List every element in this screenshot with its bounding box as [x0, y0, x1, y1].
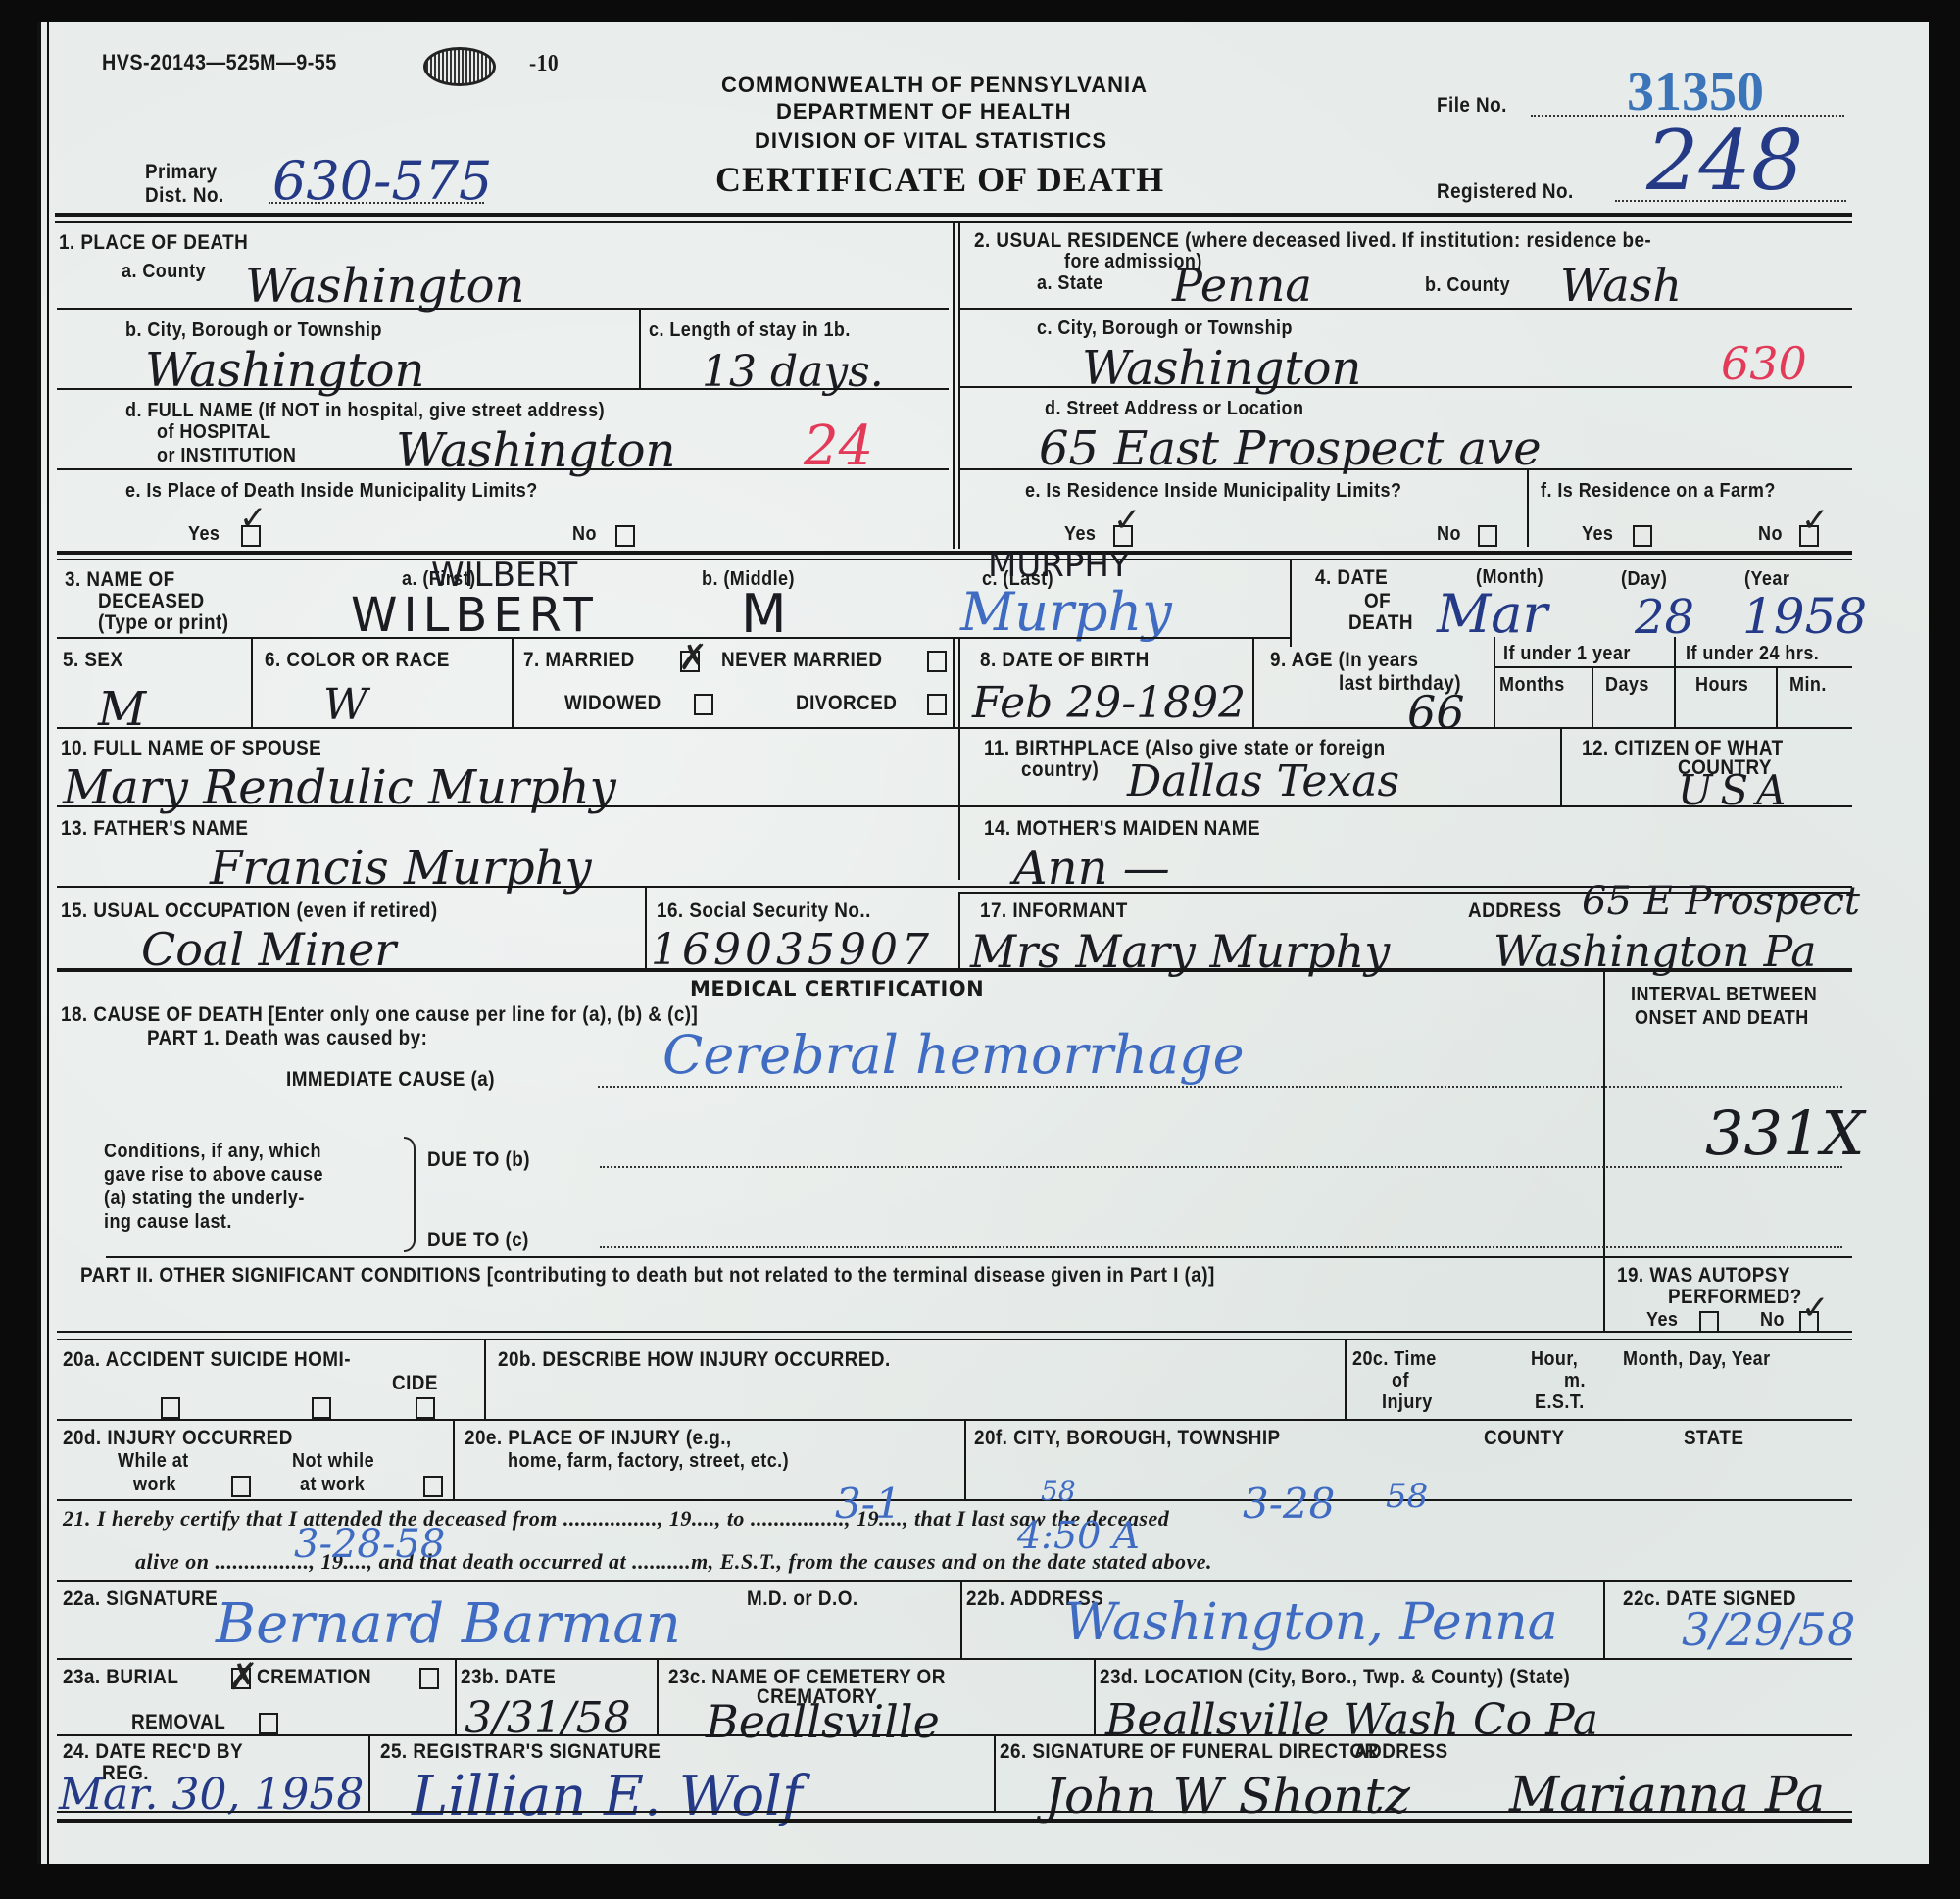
- month-day-year-label: Month, Day, Year: [1623, 1348, 1771, 1370]
- dots: ..........: [626, 1549, 691, 1574]
- funeral-director-label: 26. SIGNATURE OF FUNERAL DIRECTOR: [1000, 1740, 1379, 1763]
- length-of-stay-label: c. Length of stay in 1b.: [649, 319, 851, 341]
- funeral-director-signature: John W Shontz: [1045, 1772, 1410, 1821]
- md-do-label: M.D. or D.O.: [747, 1587, 858, 1610]
- under-1-year-label: If under 1 year: [1503, 643, 1631, 664]
- while-at-work-label: While at: [118, 1450, 189, 1472]
- union-label-seal-icon: [423, 47, 496, 86]
- residence-city-code: 630: [1721, 341, 1807, 386]
- name-of-deceased-label-3: (Type or print): [98, 611, 228, 634]
- first-name-overwrite: WILBERT: [431, 559, 577, 592]
- hours-label: Hours: [1695, 674, 1748, 696]
- certify-line-1: 21. I hereby certify that I attended the…: [63, 1507, 1169, 1531]
- residence-city-value: Washington: [1082, 345, 1361, 392]
- divider: [1494, 637, 1495, 727]
- divider: [57, 1580, 1852, 1582]
- primary-dist-label-2: Dist. No.: [145, 184, 224, 207]
- x-mark-icon: ✗: [678, 641, 708, 676]
- attended-to-value: 3-28: [1243, 1484, 1335, 1525]
- registrar-signature-label: 25. REGISTRAR'S SIGNATURE: [380, 1740, 661, 1763]
- certify-text-f: alive on: [135, 1549, 210, 1574]
- divider: [1252, 637, 1254, 727]
- spouse-label: 10. FULL NAME OF SPOUSE: [61, 737, 321, 759]
- medical-certification-heading: MEDICAL CERTIFICATION: [690, 978, 984, 1000]
- divider: [368, 1734, 370, 1813]
- divider: [960, 468, 1852, 470]
- divider: [953, 223, 955, 549]
- occupation-label: 15. USUAL OCCUPATION (even if retired): [61, 900, 438, 922]
- middle-name-value: M: [741, 588, 787, 641]
- dots: ....: [692, 1506, 715, 1531]
- divider: [657, 1658, 659, 1734]
- due-to-c-line: [600, 1246, 1842, 1248]
- part-1-label: PART 1. Death was caused by:: [147, 1027, 427, 1049]
- divider: [512, 637, 514, 727]
- describe-injury-label: 20b. DESCRIBE HOW INJURY OCCURRED.: [498, 1348, 891, 1371]
- primary-dist-value: 630-575: [272, 155, 492, 208]
- place-of-injury-label-2: home, farm, factory, street, etc.): [508, 1450, 789, 1472]
- divider: [1094, 1658, 1096, 1734]
- divider: [57, 388, 949, 390]
- injury-county-label: COUNTY: [1484, 1427, 1565, 1449]
- divider: [958, 892, 960, 968]
- divider: [57, 805, 1852, 807]
- injury-type-label: 20a. ACCIDENT SUICIDE HOMI-: [63, 1348, 351, 1371]
- homicide-checkbox[interactable]: [416, 1397, 435, 1419]
- divider: [55, 213, 1852, 217]
- divider: [958, 637, 960, 880]
- interval-label: INTERVAL BETWEEN: [1631, 984, 1817, 1005]
- informant-address-label: ADDRESS: [1468, 900, 1562, 922]
- hospital-label: d. FULL NAME (If NOT in hospital, give s…: [125, 400, 605, 421]
- injury-state-label: STATE: [1684, 1427, 1743, 1449]
- x-mark-icon: ✗: [227, 1658, 259, 1695]
- sex-label: 5. SEX: [63, 649, 123, 671]
- immediate-cause-label: IMMEDIATE CAUSE (a): [286, 1068, 495, 1091]
- divider: [57, 968, 1852, 972]
- divorced-checkbox[interactable]: [927, 694, 947, 715]
- primary-dist-label: Primary: [145, 161, 218, 183]
- street-address-label: d. Street Address or Location: [1045, 398, 1303, 419]
- conditions-text-4: ing cause last.: [104, 1211, 232, 1233]
- signature-label: 22a. SIGNATURE: [63, 1587, 218, 1610]
- inside-limits-no-label: No: [572, 523, 597, 545]
- brace-icon: [404, 1137, 416, 1252]
- while-at-work-label-2: work: [133, 1474, 176, 1495]
- divider: [960, 1580, 962, 1658]
- hospital-label-2: of HOSPITAL: [157, 421, 271, 443]
- ssn-label: 16. Social Security No..: [657, 900, 871, 922]
- burial-date-label: 23b. DATE: [461, 1666, 556, 1688]
- mother-maiden-name-label: 14. MOTHER'S MAIDEN NAME: [984, 817, 1260, 840]
- divider: [1494, 666, 1852, 668]
- farm-yes-checkbox[interactable]: [1633, 525, 1652, 547]
- removal-checkbox[interactable]: [259, 1713, 278, 1734]
- race-label: 6. COLOR OR RACE: [265, 649, 450, 671]
- conditions-text-3: (a) stating the underly-: [104, 1188, 305, 1209]
- year-label: (Year: [1744, 568, 1789, 590]
- divider: [251, 637, 253, 727]
- divider: [57, 1331, 1852, 1333]
- hour-label: Hour,: [1531, 1348, 1578, 1370]
- date-of-death-label-3: DEATH: [1348, 611, 1413, 634]
- file-no-value: 31350: [1627, 65, 1764, 120]
- divider: [484, 1339, 486, 1419]
- divider: [1603, 970, 1605, 1333]
- divider: [1345, 1339, 1347, 1419]
- divider: [1674, 637, 1676, 727]
- checkmark-icon: ✓: [239, 502, 268, 535]
- residence-limits-no-label: No: [1437, 523, 1461, 545]
- divider: [57, 637, 1290, 639]
- immediate-cause-value: Cerebral hemorrhage: [662, 1029, 1245, 1082]
- residence-state-label: a. State: [1037, 272, 1103, 294]
- informant-label: 17. INFORMANT: [980, 900, 1128, 922]
- usual-residence-label: 2. USUAL RESIDENCE (where deceased lived…: [974, 229, 1651, 252]
- attended-from-year: 58: [1041, 1478, 1076, 1505]
- divider: [57, 1811, 1852, 1813]
- birthplace-value: Dallas Texas: [1127, 760, 1399, 803]
- divider: [57, 1734, 1852, 1736]
- father-name-label: 13. FATHER'S NAME: [61, 817, 248, 840]
- hospital-label-3: or INSTITUTION: [157, 445, 296, 466]
- due-to-b-label: DUE TO (b): [427, 1148, 530, 1171]
- divider: [1592, 666, 1593, 727]
- never-married-label: NEVER MARRIED: [721, 649, 882, 671]
- burial-location-label: 23d. LOCATION (City, Boro., Twp. & Count…: [1100, 1666, 1570, 1688]
- part-2-label: PART II. OTHER SIGNIFICANT CONDITIONS [c…: [80, 1264, 1215, 1287]
- days-label: Days: [1605, 674, 1649, 696]
- farm-no-label: No: [1758, 523, 1783, 545]
- while-at-work-checkbox[interactable]: [231, 1476, 251, 1497]
- last-name-overwrite: MURPHY: [988, 549, 1130, 582]
- due-to-b-line: [600, 1166, 1842, 1168]
- divider: [57, 308, 949, 310]
- attended-to-year: 58: [1386, 1480, 1428, 1513]
- divider: [57, 1499, 1852, 1501]
- union-suffix: -10: [529, 51, 559, 76]
- page-title: CERTIFICATE OF DEATH: [715, 159, 1164, 200]
- funeral-address-label: ADDRESS: [1354, 1740, 1448, 1763]
- injury-type-label-2: CIDE: [392, 1372, 438, 1394]
- divider: [639, 308, 641, 388]
- conditions-text-2: gave rise to above cause: [104, 1164, 323, 1186]
- inside-limits-yes-label: Yes: [188, 523, 220, 545]
- header-commonwealth: COMMONWEALTH OF PENNSYLVANIA: [721, 73, 1148, 98]
- residence-county-value: Wash: [1560, 263, 1682, 308]
- cause-code-value: 331X: [1705, 1103, 1864, 1164]
- registrar-signature: Lillian E. Wolf: [412, 1770, 803, 1825]
- divider: [960, 308, 1852, 310]
- certify-text-c: , to: [715, 1506, 745, 1531]
- certify-text-b: , 19: [658, 1506, 692, 1531]
- hour-label-3: E.S.T.: [1535, 1391, 1585, 1413]
- residence-limits-yes-label: Yes: [1064, 523, 1096, 545]
- cemetery-value: Beallsville: [706, 1699, 940, 1744]
- form-code: HVS-20143—525M—9-55: [102, 51, 337, 74]
- not-at-work-checkbox[interactable]: [423, 1476, 443, 1497]
- divider: [57, 1339, 1852, 1340]
- informant-address-line1: 65 E Prospect: [1582, 882, 1860, 921]
- county-value: Washington: [245, 263, 524, 310]
- divorced-label: DIVORCED: [796, 692, 897, 714]
- conditions-text-1: Conditions, if any, which: [104, 1141, 321, 1162]
- attended-from-value: 3-1: [835, 1484, 902, 1525]
- farm-label: f. Is Residence on a Farm?: [1541, 480, 1776, 502]
- months-label: Months: [1499, 674, 1565, 696]
- date-received-label: 24. DATE REC'D BY: [63, 1740, 243, 1763]
- registered-no-value: 248: [1646, 120, 1803, 202]
- date-signed-value: 3/29/58: [1682, 1607, 1855, 1652]
- physician-address-value: Washington, Penna: [1064, 1597, 1558, 1648]
- residence-county-label: b. County: [1425, 274, 1510, 296]
- sex-value: M: [98, 686, 146, 733]
- divider: [1527, 468, 1529, 547]
- divider: [57, 727, 1852, 729]
- dots: ................: [745, 1506, 845, 1531]
- widowed-checkbox[interactable]: [694, 694, 713, 715]
- last-seen-alive-value: 3-28-58: [294, 1525, 445, 1564]
- time-of-injury-label-2: of: [1392, 1370, 1409, 1391]
- age-label: 9. AGE (In years: [1270, 649, 1418, 671]
- last-name-value: Murphy: [960, 586, 1172, 639]
- dob-value: Feb 29-1892: [972, 682, 1246, 725]
- time-of-injury-label: 20c. Time: [1352, 1348, 1437, 1370]
- cause-of-death-label: 18. CAUSE OF DEATH [Enter only one cause…: [61, 1003, 698, 1026]
- accident-checkbox[interactable]: [161, 1397, 180, 1419]
- burial-label: 23a. BURIAL: [63, 1666, 178, 1688]
- residence-limits-label: e. Is Residence Inside Municipality Limi…: [1025, 480, 1401, 502]
- file-no-label: File No.: [1437, 94, 1507, 117]
- divider: [953, 637, 955, 727]
- cremation-checkbox[interactable]: [419, 1668, 439, 1689]
- residence-limits-no-checkbox[interactable]: [1478, 525, 1497, 547]
- removal-label: REMOVAL: [131, 1711, 225, 1733]
- ssn-value: 169035907: [651, 929, 933, 972]
- date-of-death-label-2: OF: [1364, 590, 1391, 612]
- county-label: a. County: [122, 261, 206, 282]
- dob-label: 8. DATE OF BIRTH: [980, 649, 1150, 671]
- father-name-value: Francis Murphy: [210, 845, 592, 892]
- header-division: DIVISION OF VITAL STATISTICS: [755, 128, 1107, 154]
- checkmark-icon: ✓: [1801, 504, 1830, 537]
- divider: [1290, 560, 1292, 647]
- first-name-value: WILBERT: [351, 592, 599, 639]
- death-year-value: 1958: [1742, 592, 1867, 641]
- divider: [57, 468, 949, 470]
- spouse-value: Mary Rendulic Murphy: [63, 764, 616, 811]
- hour-label-2: m.: [1564, 1370, 1586, 1391]
- divider: [57, 1419, 1852, 1421]
- autopsy-label-2: PERFORMED?: [1668, 1286, 1802, 1308]
- not-at-work-label: Not while: [292, 1450, 374, 1472]
- cremation-label: CREMATION: [257, 1666, 371, 1688]
- autopsy-yes-label: Yes: [1646, 1309, 1678, 1331]
- left-border-inner: [47, 22, 49, 1864]
- residence-state-value: Penna: [1172, 263, 1312, 308]
- birthplace-label-2: country): [1021, 758, 1099, 781]
- time-of-injury-label-3: Injury: [1382, 1391, 1433, 1413]
- residence-city-label: c. City, Borough or Township: [1037, 317, 1293, 339]
- city-label: b. City, Borough or Township: [125, 319, 382, 341]
- header-department: DEPARTMENT OF HEALTH: [776, 99, 1072, 124]
- divider: [645, 886, 647, 968]
- death-day-value: 28: [1635, 594, 1694, 641]
- hospital-code: 24: [804, 419, 873, 474]
- name-of-deceased-label: 3. NAME OF: [65, 568, 175, 591]
- autopsy-no-label: No: [1760, 1309, 1785, 1331]
- married-label: 7. MARRIED: [523, 649, 635, 671]
- checkmark-icon: ✓: [1801, 1291, 1830, 1325]
- autopsy-label: 19. WAS AUTOPSY: [1617, 1264, 1790, 1287]
- divider: [453, 1419, 455, 1499]
- city-value: Washington: [145, 347, 424, 394]
- widowed-label: WIDOWED: [564, 692, 661, 714]
- divider: [455, 1658, 457, 1734]
- not-at-work-label-2: at work: [300, 1474, 365, 1495]
- physician-signature: Bernard Barman: [216, 1597, 681, 1652]
- divider: [57, 551, 1852, 555]
- never-married-checkbox[interactable]: [927, 651, 947, 672]
- race-value: W: [323, 684, 367, 727]
- checkmark-icon: ✓: [1113, 504, 1142, 537]
- farm-yes-label: Yes: [1582, 523, 1613, 545]
- autopsy-yes-checkbox[interactable]: [1699, 1311, 1719, 1333]
- inside-limits-no-checkbox[interactable]: [615, 525, 635, 547]
- due-to-c-label: DUE TO (c): [427, 1229, 529, 1251]
- divider: [106, 1256, 1852, 1258]
- min-label: Min.: [1789, 674, 1827, 696]
- death-month-value: Mar: [1437, 588, 1547, 641]
- hospital-value: Washington: [396, 427, 675, 474]
- divider: [57, 559, 1852, 560]
- under-24-hours-label: If under 24 hrs.: [1686, 643, 1819, 664]
- divider: [57, 1819, 1852, 1823]
- street-address-value: 65 East Prospect ave: [1039, 425, 1542, 472]
- divider: [1560, 727, 1562, 807]
- injury-city-label: 20f. CITY, BOROUGH, TOWNSHIP: [974, 1427, 1281, 1449]
- divider: [994, 1734, 996, 1813]
- divider: [960, 386, 1852, 388]
- injury-occurred-label: 20d. INJURY OCCURRED: [63, 1427, 293, 1449]
- divider: [964, 1419, 966, 1499]
- inside-limits-label: e. Is Place of Death Inside Municipality…: [125, 480, 538, 502]
- divider: [1603, 1580, 1605, 1658]
- date-of-death-label: 4. DATE: [1315, 566, 1388, 589]
- interval-label-2: ONSET AND DEATH: [1635, 1007, 1809, 1029]
- name-of-deceased-label-2: DECEASED: [98, 590, 205, 612]
- divider: [1776, 666, 1778, 727]
- place-of-death-label: 1. PLACE OF DEATH: [59, 231, 248, 254]
- time-of-death-value: 4:50 A: [1017, 1517, 1140, 1554]
- place-of-injury-label: 20e. PLACE OF INJURY (e.g.,: [465, 1427, 732, 1449]
- suicide-checkbox[interactable]: [312, 1397, 331, 1419]
- left-border: [37, 22, 41, 1864]
- registered-no-label: Registered No.: [1437, 180, 1574, 203]
- mother-maiden-name-value: Ann —: [1013, 845, 1170, 892]
- immediate-cause-line: [598, 1086, 1842, 1088]
- divider: [57, 1658, 1852, 1660]
- dots: ................: [558, 1506, 658, 1531]
- occupation-value: Coal Miner: [141, 927, 396, 972]
- day-label: (Day): [1621, 568, 1667, 590]
